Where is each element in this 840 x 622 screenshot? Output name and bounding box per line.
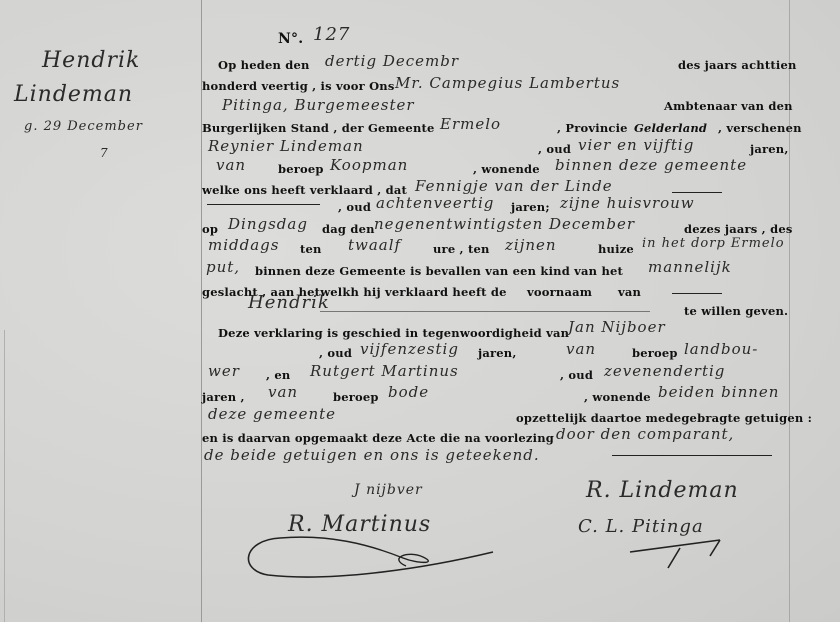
- text-wonende-1: , wonende: [473, 162, 540, 176]
- hand-witness1-occupation: landbou-: [684, 340, 758, 358]
- register-page: ⁀ N°. 127 Hendrik Lindeman g. 29 Decembe…: [0, 0, 840, 622]
- hand-declarant-occupation: Koopman: [330, 156, 408, 174]
- text-jaren-1: jaren,: [750, 142, 789, 156]
- signature-flourish-icon: [238, 530, 498, 600]
- text-oud-2: , oud: [338, 200, 371, 214]
- margin-name-first: Hendrik: [42, 48, 140, 73]
- hand-witness2-occupation: bode: [388, 383, 429, 401]
- text-beroep-2: beroep: [632, 346, 678, 360]
- margin-rule: [201, 0, 202, 622]
- hand-sex: mannelijk: [648, 258, 732, 276]
- hand-official-surname: Pitinga, Burgemeester: [222, 96, 415, 114]
- text-jaren-2: jaren;: [511, 200, 550, 214]
- hand-date-day: dertig Decembr: [325, 52, 459, 70]
- hand-witness1-age: vijfenzestig: [360, 340, 459, 358]
- hand-put: put,: [206, 258, 240, 276]
- right-rule: [789, 0, 790, 622]
- hand-weekday: Dingsdag: [228, 215, 308, 233]
- hand-witness2-age: zevenendertig: [604, 362, 725, 380]
- signature-witness1: J nijbver: [354, 482, 423, 498]
- text-verschenen: , verschenen: [718, 121, 802, 135]
- margin-name-last: Lindeman: [14, 82, 133, 107]
- text-oud-3: , oud: [319, 346, 352, 360]
- text-ambtenaar: Ambtenaar van den: [664, 99, 793, 113]
- top-flourish: ⁀: [245, 0, 264, 11]
- hand-witness1-occupation-cont: wer: [208, 362, 240, 380]
- fill-line-4: [320, 311, 650, 312]
- text-jaren-3: jaren,: [478, 346, 517, 360]
- text-te-willen-geven: te willen geven.: [684, 304, 788, 318]
- act-number: 127: [313, 24, 350, 45]
- margin-mark: 7: [100, 146, 109, 160]
- text-opzettelijk: opzettelijk daartoe medegebragte getuige…: [516, 411, 812, 425]
- hand-mother-relation: zijne huisvrouw: [560, 194, 695, 212]
- hand-van-3: van: [268, 383, 298, 401]
- hand-birth-place: in het dorp Ermelo: [642, 236, 785, 251]
- text-beroep-1: beroep: [278, 162, 324, 176]
- text-en: , en: [266, 368, 291, 382]
- hand-hour: twaalf: [348, 236, 401, 254]
- text-van-voornaam: van: [618, 285, 641, 299]
- hand-residence-1: binnen deze gemeente: [555, 156, 747, 174]
- fill-line-1: [672, 192, 722, 193]
- hand-closing-1: door den comparant,: [556, 425, 734, 443]
- text-ten-1: ten: [300, 242, 322, 256]
- text-en-is-daarvan: en is daarvan opgemaakt deze Acte die na…: [202, 431, 554, 445]
- signature-official-flourish-icon: [620, 520, 730, 570]
- text-beroep-3: beroep: [333, 390, 379, 404]
- text-province-name: Gelderland: [634, 121, 707, 135]
- text-wonende-2: , wonende: [584, 390, 651, 404]
- left-edge-rule: [4, 330, 5, 622]
- act-number-label: N°.: [278, 31, 303, 47]
- hand-official-name: Mr. Campegius Lambertus: [395, 74, 620, 92]
- hand-time-of-day: middags: [208, 236, 279, 254]
- hand-municipality: Ermelo: [440, 115, 501, 133]
- hand-mother-age: achtenveertig: [376, 194, 494, 212]
- margin-birth-date: g. 29 December: [24, 119, 143, 134]
- hand-witness-residence: beiden binnen: [658, 383, 779, 401]
- hand-witness-residence-cont: deze gemeente: [208, 405, 336, 423]
- hand-birth-date: negenentwintigsten December: [374, 215, 635, 233]
- text-provincie: , Provincie: [557, 121, 628, 135]
- fill-line-2: [207, 204, 320, 205]
- text-des-jaars: des jaars achttien: [678, 58, 797, 72]
- hand-child-name: Hendrik: [248, 292, 330, 313]
- text-voornaam: voornaam: [527, 285, 592, 299]
- text-jaren-4: jaren ,: [202, 390, 245, 404]
- text-binnen-deze: binnen deze Gemeente is bevallen van een…: [255, 264, 623, 278]
- text-honderd-veertig: honderd veertig , is voor Ons: [202, 79, 395, 93]
- text-dag-den: dag den: [322, 222, 375, 236]
- hand-van-2: van: [566, 340, 596, 358]
- fill-line-5: [612, 455, 772, 456]
- text-huize: huize: [598, 242, 634, 256]
- text-op-heden: Op heden den: [218, 58, 310, 72]
- signature-declarant: R. Lindeman: [586, 478, 739, 503]
- hand-witness1-name: Jan Nijboer: [568, 318, 666, 336]
- hand-declarant-age: vier en vijftig: [578, 136, 694, 154]
- hand-mother-name: Fennigje van der Linde: [415, 177, 613, 195]
- hand-van-1: van: [216, 156, 246, 174]
- text-dezes-jaars: dezes jaars , des: [684, 222, 793, 236]
- hand-zijnen: zijnen: [505, 236, 557, 254]
- text-ure-ten: ure , ten: [433, 242, 490, 256]
- hand-closing-2: de beide getuigen en ons is geteekend.: [204, 446, 540, 464]
- text-burgerlijken-stand: Burgerlijken Stand , der Gemeente: [202, 121, 435, 135]
- text-oud-1: , oud: [538, 142, 571, 156]
- text-deze-verklaring: Deze verklaring is geschied in tegenwoor…: [218, 326, 569, 340]
- hand-declarant-name: Reynier Lindeman: [208, 137, 364, 155]
- text-oud-4: , oud: [560, 368, 593, 382]
- fill-line-3: [672, 293, 722, 294]
- text-op: op: [202, 222, 218, 236]
- hand-witness2-name: Rutgert Martinus: [310, 362, 459, 380]
